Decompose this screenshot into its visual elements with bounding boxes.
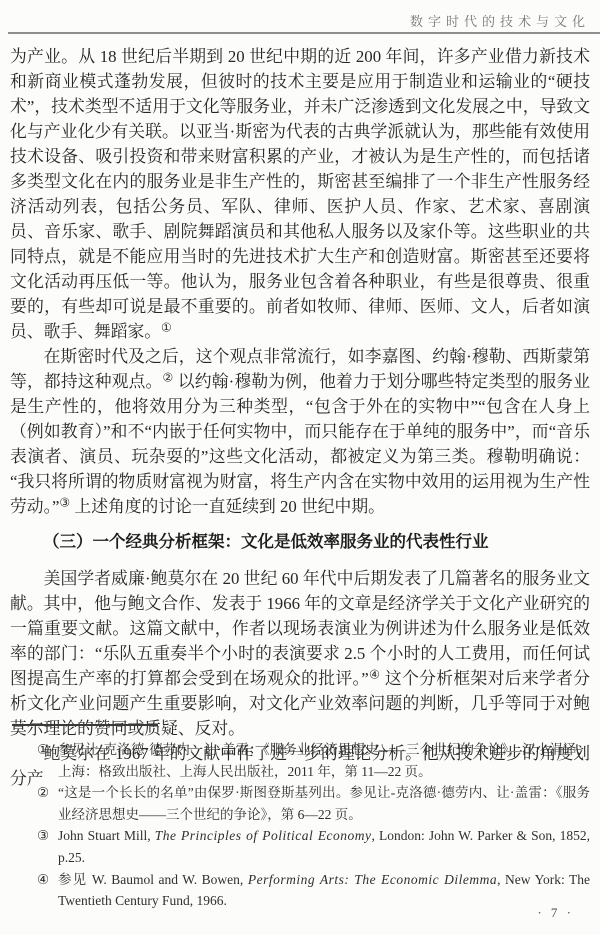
footnote-number: ④ <box>37 869 49 891</box>
body-text: 为产业。从 18 世纪后半期到 20 世纪中期的近 200 年间，许多产业借力新… <box>10 44 590 791</box>
footnote-number: ① <box>37 739 49 761</box>
body-paragraph: 为产业。从 18 世纪后半期到 20 世纪中期的近 200 年间，许多产业借力新… <box>10 44 590 344</box>
footnote-text: John Stuart Mill, The Principles of Poli… <box>58 828 590 865</box>
footnote-item: ④参见 W. Baumol and W. Bowen, Performing A… <box>10 869 590 912</box>
footnote-number: ② <box>37 782 49 804</box>
page-number: · 7 · <box>537 905 574 921</box>
footnote-ref: ④ <box>369 668 381 682</box>
footnotes: ①参见让-克洛德·德劳内、让·盖雷：《服务业经济思想史——三个世纪的争论》，江小… <box>10 739 590 912</box>
footnote-item: ①参见让-克洛德·德劳内、让·盖雷：《服务业经济思想史——三个世纪的争论》，江小… <box>10 739 590 782</box>
document-page: 数字时代的技术与文化 为产业。从 18 世纪后半期到 20 世纪中期的近 200… <box>0 0 600 935</box>
footnote-item: ③John Stuart Mill, The Principles of Pol… <box>10 825 590 868</box>
footnote-ref: ② <box>162 371 173 385</box>
footnote-text: “这是一个长长的名单”由保罗·斯图登斯基列出。参见让-克洛德·德劳内、让·盖雷：… <box>58 785 590 822</box>
footnote-ref: ③ <box>59 496 70 510</box>
running-header: 数字时代的技术与文化 <box>410 11 590 30</box>
footnote-text: 参见让-克洛德·德劳内、让·盖雷：《服务业经济思想史——三个世纪的争论》，江小涓… <box>58 742 590 779</box>
running-header-title: 数字时代的技术与文化 <box>410 14 590 29</box>
body-paragraph: 在斯密时代及之后，这个观点非常流行，如李嘉图、约翰·穆勒、西斯蒙第等，都持这种观… <box>10 344 590 519</box>
footnote-number: ③ <box>37 825 49 847</box>
footnote-text: 参见 W. Baumol and W. Bowen, Performing Ar… <box>58 872 590 909</box>
footnote-item: ②“这是一个长长的名单”由保罗·斯图登斯基列出。参见让-克洛德·德劳内、让·盖雷… <box>10 782 590 825</box>
header-rule <box>8 32 600 34</box>
body-paragraph: 美国学者威廉·鲍莫尔在 20 世纪 60 年代中后期发表了几篇著名的服务业文献。… <box>10 566 590 741</box>
section-heading: （三）一个经典分析框架：文化是低效率服务业的代表性行业 <box>10 530 590 555</box>
footnote-ref: ① <box>161 321 172 335</box>
footnote-separator-rule <box>12 724 158 726</box>
